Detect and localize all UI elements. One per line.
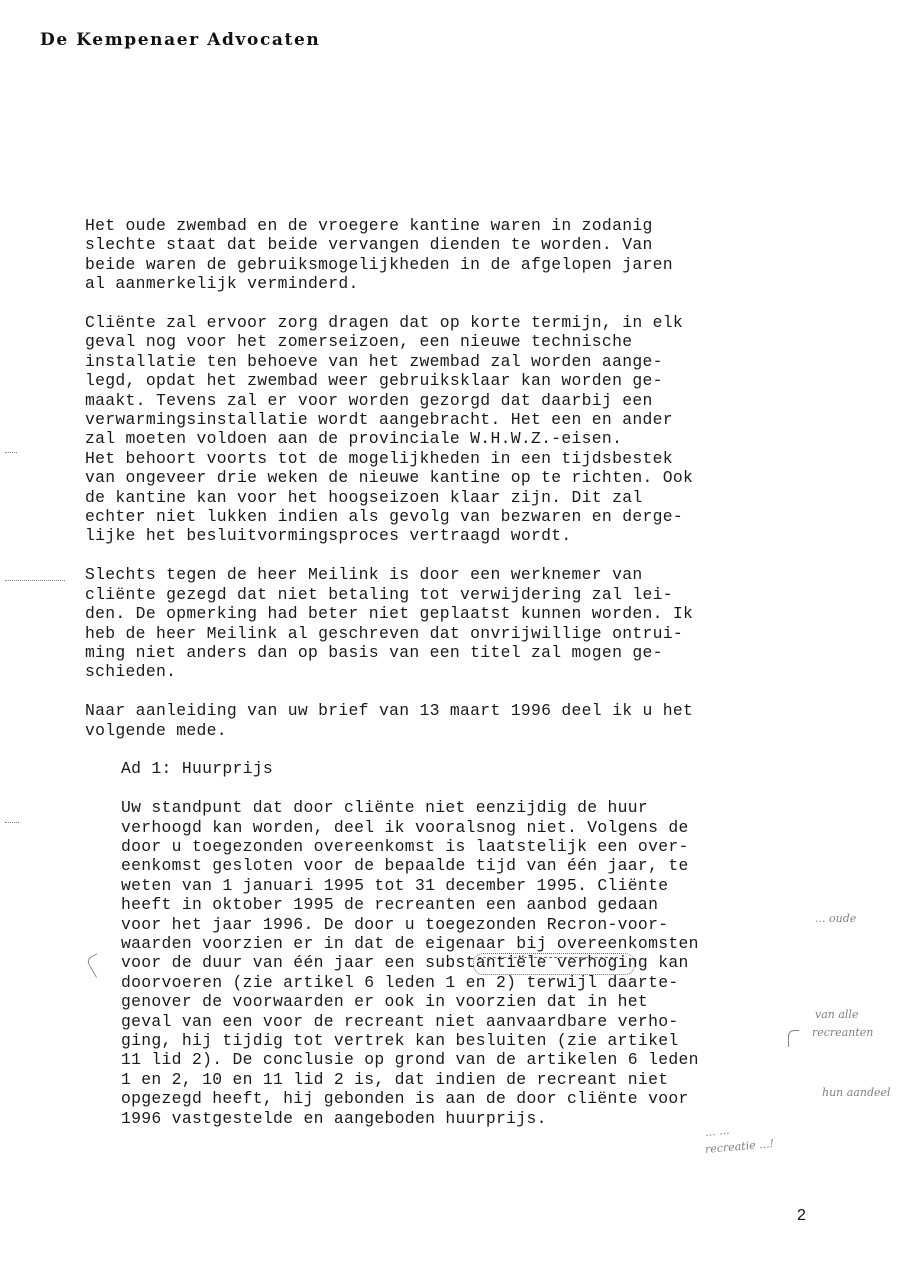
text-line: geval van een voor de recreant niet aanv…	[121, 1012, 825, 1031]
text-line: Het behoort voorts tot de mogelijkheden …	[85, 449, 825, 468]
text-line: Naar aanleiding van uw brief van 13 maar…	[85, 701, 825, 720]
text-line: doorvoeren (zie artikel 6 leden 1 en 2) …	[121, 973, 825, 992]
text-line: echter niet lukken indien als gevolg van…	[85, 507, 825, 526]
paragraph-intro: Naar aanleiding van uw brief van 13 maar…	[85, 701, 825, 740]
handwritten-annotation: ... oude	[815, 912, 856, 925]
text-line: legd, opdat het zwembad weer gebruikskla…	[85, 371, 825, 390]
text-line: door u toegezonden overeenkomst is laats…	[121, 837, 825, 856]
text-line: van ongeveer drie weken de nieuwe kantin…	[85, 468, 825, 487]
handwritten-annotation: van alle	[815, 1008, 858, 1021]
text-line: al aanmerkelijk verminderd.	[85, 274, 825, 293]
text-line: volgende mede.	[85, 721, 825, 740]
text-line: eenkomst gesloten voor de bepaalde tijd …	[121, 856, 825, 875]
text-line: voor het jaar 1996. De door u toegezonde…	[121, 915, 825, 934]
text-line: zal moeten voldoen aan de provinciale W.…	[85, 429, 825, 448]
text-line: Slechts tegen de heer Meilink is door ee…	[85, 565, 825, 584]
text-line: ging, hij tijdig tot vertrek kan besluit…	[121, 1031, 825, 1050]
text-line: heeft in oktober 1995 de recreanten een …	[121, 895, 825, 914]
page-number: 2	[797, 1207, 806, 1225]
text-line: schieden.	[85, 662, 825, 681]
text-line: Cliënte zal ervoor zorg dragen dat op ko…	[85, 313, 825, 332]
paragraph-facilities: Het oude zwembad en de vroegere kantine …	[85, 216, 825, 294]
paragraph-meilink: Slechts tegen de heer Meilink is door ee…	[85, 565, 825, 681]
text-line: opgezegd heeft, hij gebonden is aan de d…	[121, 1089, 825, 1108]
section-heading: Ad 1: Huurprijs	[121, 759, 825, 778]
text-line: lijke het besluitvormingsproces vertraag…	[85, 526, 825, 545]
text-line: den. De opmerking had beter niet geplaat…	[85, 604, 825, 623]
text-line: slechte staat dat beide vervangen diende…	[85, 235, 825, 254]
text-line: verwarmingsinstallatie wordt aangebracht…	[85, 410, 825, 429]
margin-mark	[5, 452, 17, 453]
text-line: maakt. Tevens zal er voor worden gezorgd…	[85, 391, 825, 410]
handwritten-annotation: hun aandeel	[822, 1086, 891, 1099]
text-line: geval nog voor het zomerseizoen, een nie…	[85, 332, 825, 351]
text-line: cliënte gezegd dat niet betaling tot ver…	[85, 585, 825, 604]
circle-mark	[473, 953, 635, 975]
handwritten-annotation: ... ...	[704, 1124, 730, 1139]
letter-body: Het oude zwembad en de vroegere kantine …	[85, 216, 825, 1147]
text-line: weten van 1 januari 1995 tot 31 december…	[121, 876, 825, 895]
text-line: beide waren de gebruiksmogelijkheden in …	[85, 255, 825, 274]
text-line: installatie ten behoeve van het zwembad …	[85, 352, 825, 371]
letterhead: De Kempenaer Advocaten	[40, 30, 320, 50]
text-line: Het oude zwembad en de vroegere kantine …	[85, 216, 825, 235]
margin-mark	[5, 580, 65, 581]
text-line: Uw standpunt dat door cliënte niet eenzi…	[121, 798, 825, 817]
text-line: 1 en 2, 10 en 11 lid 2 is, dat indien de…	[121, 1070, 825, 1089]
margin-mark	[5, 822, 19, 823]
bracket-mark	[788, 1030, 799, 1047]
text-line: 11 lid 2). De conclusie op grond van de …	[121, 1050, 825, 1069]
text-line: heb de heer Meilink al geschreven dat on…	[85, 624, 825, 643]
text-line: genover de voorwaarden er ook in voorzie…	[121, 992, 825, 1011]
text-line: waarden voorzien er in dat de eigenaar b…	[121, 934, 825, 953]
paragraph-installation: Cliënte zal ervoor zorg dragen dat op ko…	[85, 313, 825, 546]
text-line: verhoogd kan worden, deel ik vooralsnog …	[121, 818, 825, 837]
text-line: de kantine kan voor het hoogseizoen klaa…	[85, 488, 825, 507]
handwritten-annotation: recreanten	[812, 1026, 873, 1039]
text-line: ming niet anders dan op basis van een ti…	[85, 643, 825, 662]
